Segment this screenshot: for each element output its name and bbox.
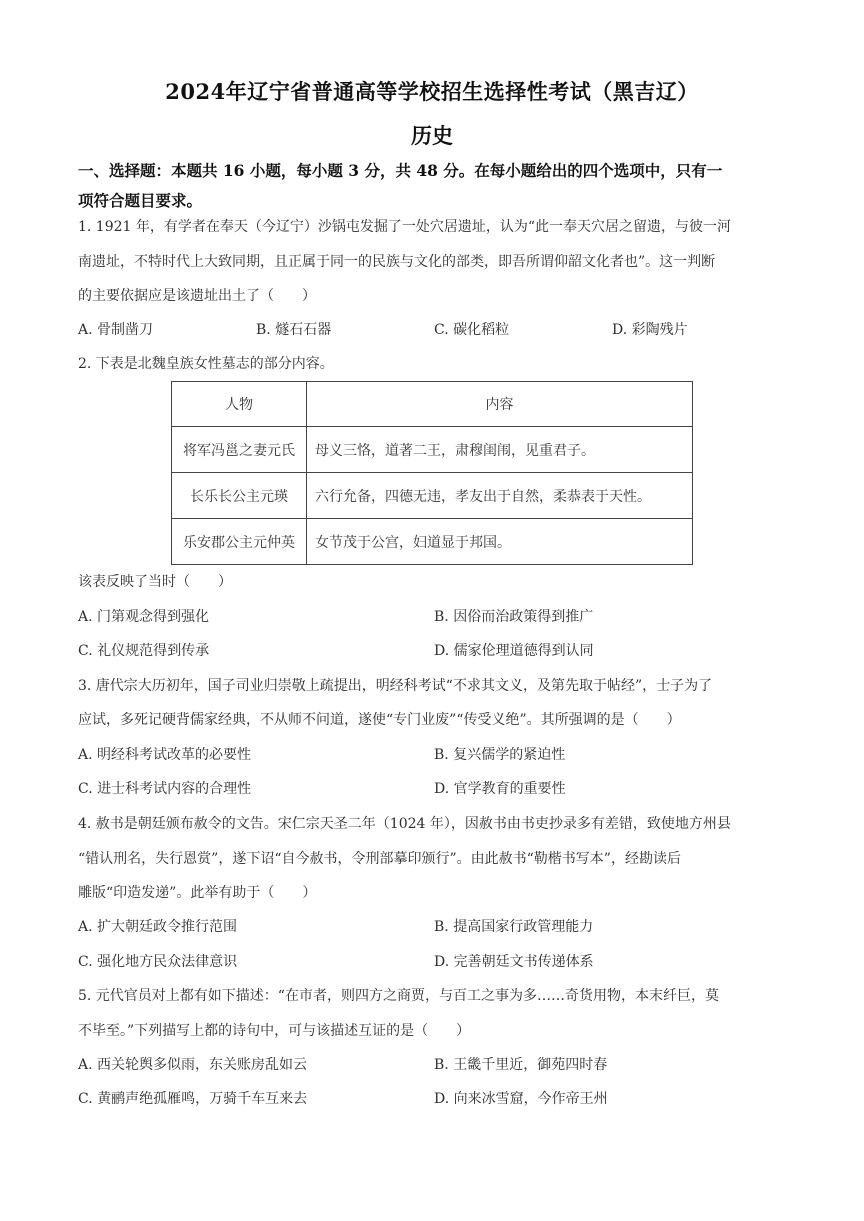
question-1-option-b[interactable]: B. 燧石石器 xyxy=(256,320,331,340)
question-3-option-d[interactable]: D. 官学教育的重要性 xyxy=(434,779,566,799)
question-1-line-1: 1. 1921 年，有学者在奉天（今辽宁）沙锅屯发掘了一处穴居遗址，认为“此一奉… xyxy=(78,217,790,237)
table-cell-person: 乐安郡公主元仲英 xyxy=(172,519,307,565)
question-2-option-c[interactable]: C. 礼仪规范得到传承 xyxy=(78,641,209,661)
table-cell-content: 六行允备，四德无违，孝友出于自然，柔恭表于天性。 xyxy=(307,473,693,519)
section-instructions: 一、选择题：本题共 16 小题，每小题 3 分，共 48 分。在每小题给出的四个… xyxy=(78,156,790,216)
table-row: 乐安郡公主元仲英 女节茂于公宫，妇道显于邦国。 xyxy=(172,519,693,565)
table-header-content: 内容 xyxy=(307,382,693,427)
table-cell-person: 长乐长公主元瑛 xyxy=(172,473,307,519)
question-2-option-a[interactable]: A. 门第观念得到强化 xyxy=(78,607,209,627)
question-5-option-a[interactable]: A. 西关轮舆多似雨，东关账房乱如云 xyxy=(78,1055,307,1075)
table-row: 长乐长公主元瑛 六行允备，四德无违，孝友出于自然，柔恭表于天性。 xyxy=(172,473,693,519)
question-3-option-b[interactable]: B. 复兴儒学的紧迫性 xyxy=(434,745,565,765)
question-5-line-1: 5. 元代官员对上都有如下描述：“在市者，则四方之商贾，与百工之事为多……奇货用… xyxy=(78,986,790,1006)
question-5-option-d[interactable]: D. 向来冰雪窟，今作帝王州 xyxy=(434,1089,608,1109)
question-4-option-d[interactable]: D. 完善朝廷文书传递体系 xyxy=(434,952,594,972)
question-2-stem: 该表反映了当时（ ） xyxy=(78,572,790,592)
question-1-option-a[interactable]: A. 骨制凿刀 xyxy=(78,320,153,340)
table-row: 将军冯邕之妻元氏 母义三恪，道著二王，肃穆闺闱，见重君子。 xyxy=(172,427,693,473)
table-cell-person: 将军冯邕之妻元氏 xyxy=(172,427,307,473)
question-1-line-2: 南遗址，不特时代上大致同期，且正属于同一的民族与文化的部类，即吾所谓仰韶文化者也… xyxy=(78,252,790,272)
question-2-line-1: 2. 下表是北魏皇族女性墓志的部分内容。 xyxy=(78,354,790,374)
question-1-option-d[interactable]: D. 彩陶残片 xyxy=(612,320,688,340)
question-3-line-1: 3. 唐代宗大历初年，国子司业归崇敬上疏提出，明经科考试“不求其文义，及第先取于… xyxy=(78,676,790,696)
tomb-inscription-table: 人物 内容 将军冯邕之妻元氏 母义三恪，道著二王，肃穆闺闱，见重君子。 长乐长公… xyxy=(171,381,693,565)
question-4-line-2: “错认刑名，失行恩赏”，遂下诏“自今赦书，令刑部摹印颁行”。由此赦书“勒楷书写本… xyxy=(78,849,790,869)
question-5-line-2: 不毕至。”下列描写上都的诗句中，可与该描述互证的是（ ） xyxy=(78,1021,790,1041)
question-4-option-c[interactable]: C. 强化地方民众法律意识 xyxy=(78,952,237,972)
question-2-option-b[interactable]: B. 因俗而治政策得到推广 xyxy=(434,607,593,627)
question-4-option-b[interactable]: B. 提高国家行政管理能力 xyxy=(434,917,593,937)
question-4-line-3: 雕版“印造发递”。此举有助于（ ） xyxy=(78,883,790,903)
question-5-option-c[interactable]: C. 黄鹂声绝孤雁鸣，万骑千车互来去 xyxy=(78,1089,307,1109)
section-line-1: 一、选择题：本题共 16 小题，每小题 3 分，共 48 分。在每小题给出的四个… xyxy=(78,156,790,186)
section-line-2: 项符合题目要求。 xyxy=(78,186,790,216)
exam-subject: 历史 xyxy=(0,120,864,150)
table-header-row: 人物 内容 xyxy=(172,382,693,427)
table-header-person: 人物 xyxy=(172,382,307,427)
table-cell-content: 女节茂于公宫，妇道显于邦国。 xyxy=(307,519,693,565)
question-1-line-3: 的主要依据应是该遗址出土了（ ） xyxy=(78,286,790,306)
question-4-line-1: 4. 赦书是朝廷颁布赦令的文告。宋仁宗天圣二年（1024 年），因赦书由书吏抄录… xyxy=(78,814,790,834)
table-cell-content: 母义三恪，道著二王，肃穆闺闱，见重君子。 xyxy=(307,427,693,473)
question-5-option-b[interactable]: B. 王畿千里近，御苑四时春 xyxy=(434,1055,607,1075)
question-1-option-c[interactable]: C. 碳化稻粒 xyxy=(434,320,509,340)
exam-page: 2024年辽宁省普通高等学校招生选择性考试（黑吉辽） 历史 一、选择题：本题共 … xyxy=(0,0,864,1221)
question-3-line-2: 应试，多死记硬背儒家经典，不从师不问道，遂使“专门业废”“传受义绝”。其所强调的… xyxy=(78,710,790,730)
question-3-option-c[interactable]: C. 进士科考试内容的合理性 xyxy=(78,779,251,799)
question-4-option-a[interactable]: A. 扩大朝廷政令推行范围 xyxy=(78,917,237,937)
question-3-option-a[interactable]: A. 明经科考试改革的必要性 xyxy=(78,745,251,765)
exam-title: 2024年辽宁省普通高等学校招生选择性考试（黑吉辽） xyxy=(0,76,864,106)
question-2-option-d[interactable]: D. 儒家伦理道德得到认同 xyxy=(434,641,594,661)
